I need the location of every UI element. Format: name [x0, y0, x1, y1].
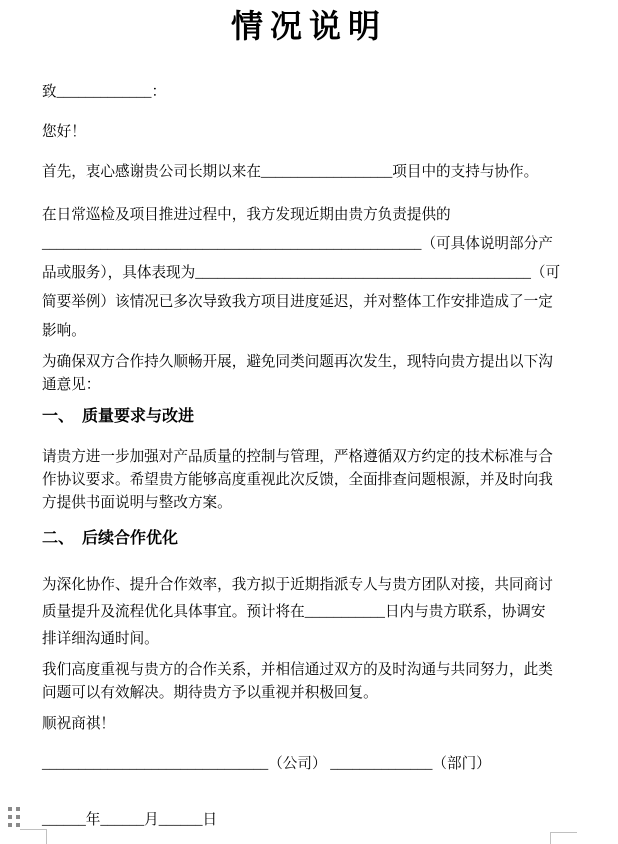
- signature-line: _______________________________（公司） ____…: [42, 753, 576, 776]
- issue-paragraph: 在日常巡检及项目推进过程中，我方发现近期由贵方负责提供的 ___________…: [42, 201, 576, 346]
- greeting-line: 您好！: [42, 121, 576, 144]
- margin-corner-mark-right-icon: [550, 832, 577, 844]
- margin-corner-mark-left-icon: [20, 829, 47, 844]
- section-2-paragraph: 为深化协作、提升合作效率，我方拟于近期指派专人与贵方团队对接，共同商讨 质量提升…: [42, 572, 576, 653]
- thanks-paragraph: 首先，衷心感谢贵公司长期以来在__________________项目中的支持与…: [42, 161, 576, 184]
- document-page[interactable]: 情况说明 致_____________： 您好！ 首先，衷心感谢贵公司长期以来在…: [0, 0, 618, 844]
- regards-line: 顺祝商祺！: [42, 713, 576, 736]
- date-line: ______年______月______日: [42, 809, 576, 832]
- section-1-heading: 一、 质量要求与改进: [42, 405, 576, 429]
- closing-paragraph: 我们高度重视与贵方的合作关系，并相信通过双方的及时沟通与共同努力，此类 问题可以…: [42, 659, 576, 705]
- section-2-heading: 二、 后续合作优化: [42, 527, 576, 551]
- document-title: 情况说明: [42, 6, 576, 46]
- purpose-paragraph: 为确保双方合作持久顺畅开展，避免同类问题再次发生，现特向贵方提出以下沟 通意见：: [42, 351, 576, 397]
- salutation-line: 致_____________：: [42, 81, 576, 104]
- section-1-paragraph: 请贵方进一步加强对产品质量的控制与管理，严格遵循双方约定的技术标准与合 作协议要…: [42, 446, 576, 515]
- drag-handle-icon[interactable]: [8, 807, 20, 828]
